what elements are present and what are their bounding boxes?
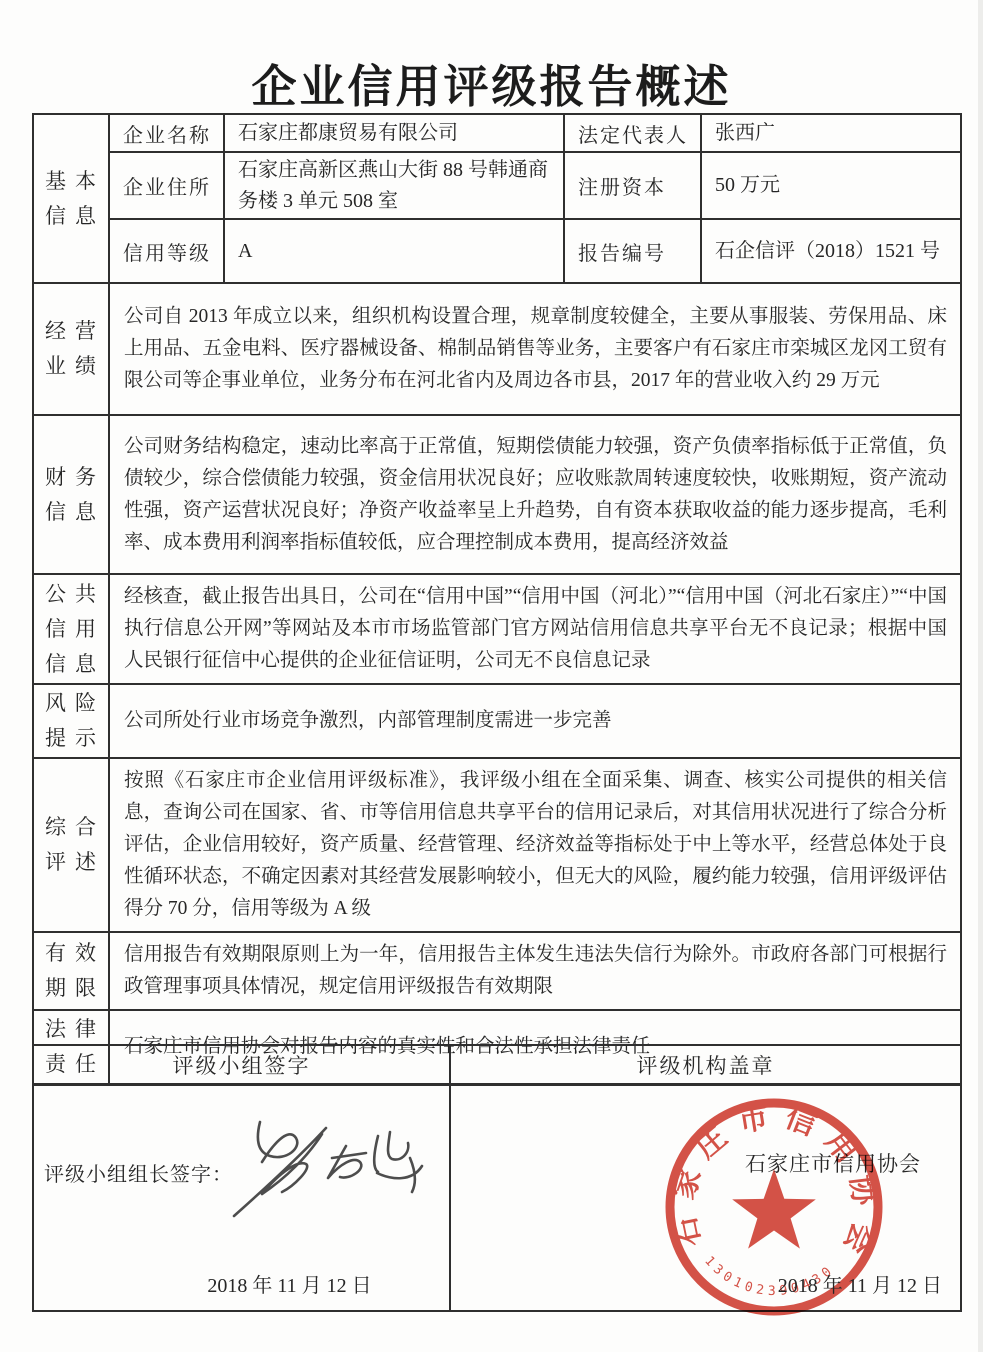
team-leader-signature-label: 评级小组组长签字：	[44, 1158, 233, 1187]
field-label-company-address: 企业住所	[109, 152, 224, 219]
table-row: 有效 期限 信用报告有效期限原则上为一年，信用报告主体发生违法失信行为除外。市政…	[33, 932, 961, 1010]
field-value-company-name: 石家庄都康贸易有限公司	[224, 114, 564, 152]
section-text-risk-warning: 公司所处行业市场竞争激烈，内部管理制度需进一步完善	[109, 684, 961, 758]
signature-date: 2018 年 11 月 12 日	[82, 1269, 497, 1298]
section-text-overall-review: 按照《石家庄市企业信用评级标准》，我评级小组在全面采集、调查、核实公司提供的相关…	[109, 758, 961, 932]
table-row: 经营 业绩 公司自 2013 年成立以来，组织机构设置合理，规章制度较健全，主要…	[33, 283, 961, 415]
report-table: 基本 信息 企业名称 石家庄都康贸易有限公司 法定代表人 张西广 企业住所 石家…	[32, 113, 962, 1085]
field-label-credit-grade: 信用等级	[109, 219, 224, 283]
table-row: 信用等级 A 报告编号 石企信评（2018）1521 号	[33, 219, 961, 283]
field-value-registered-capital: 50 万元	[701, 152, 961, 219]
footer-header-team-signature: 评级小组签字	[33, 1045, 450, 1085]
table-row: 风险 提示 公司所处行业市场竞争激烈，内部管理制度需进一步完善	[33, 684, 961, 758]
seal-star-icon	[732, 1169, 816, 1249]
handwritten-signature-image	[222, 1112, 432, 1242]
section-text-business-performance: 公司自 2013 年成立以来，组织机构设置合理，规章制度较健全，主要从事服装、劳…	[109, 283, 961, 415]
table-row: 评级小组组长签字： 2018 年 11 月 12 日 石家庄市信用协会	[33, 1085, 961, 1311]
section-text-public-credit-info: 经核查，截止报告出具日，公司在“信用中国”“信用中国（河北）”“信用中国（河北石…	[109, 574, 961, 684]
document-page: 企业信用评级报告概述 基本 信息 企业名称 石家庄都康贸易有限公司 法定代表人 …	[0, 0, 983, 1352]
table-row: 企业住所 石家庄高新区燕山大街 88 号韩通商务楼 3 单元 508 室 注册资…	[33, 152, 961, 219]
section-label-financial-info: 财务 信息	[33, 415, 109, 574]
seal-cell: 石家庄市信用协会 石家庄市信用协会 130102390430 2018	[450, 1085, 961, 1311]
table-row: 基本 信息 企业名称 石家庄都康贸易有限公司 法定代表人 张西广	[33, 114, 961, 152]
footer-header-agency-seal: 评级机构盖章	[450, 1045, 961, 1085]
section-label-validity-period: 有效 期限	[33, 932, 109, 1010]
field-value-company-address: 石家庄高新区燕山大街 88 号韩通商务楼 3 单元 508 室	[224, 152, 564, 219]
signature-cell: 评级小组组长签字： 2018 年 11 月 12 日	[33, 1085, 450, 1311]
section-text-validity-period: 信用报告有效期限原则上为一年，信用报告主体发生违法失信行为除外。市政府各部门可根…	[109, 932, 961, 1010]
page-title: 企业信用评级报告概述	[0, 50, 983, 115]
field-label-registered-capital: 注册资本	[564, 152, 701, 219]
section-label-public-credit-info: 公共 信用 信息	[33, 574, 109, 684]
field-value-report-number: 石企信评（2018）1521 号	[701, 219, 961, 283]
table-row: 公共 信用 信息 经核查，截止报告出具日，公司在“信用中国”“信用中国（河北）”…	[33, 574, 961, 684]
table-row: 综合 评述 按照《石家庄市企业信用评级标准》，我评级小组在全面采集、调查、核实公…	[33, 758, 961, 932]
table-row: 财务 信息 公司财务结构稳定，速动比率高于正常值，短期偿债能力较强，资产负债率指…	[33, 415, 961, 574]
signature-seal-table: 评级小组签字 评级机构盖章 评级小组组长签字： 2018 年 11 月 12 日…	[32, 1044, 962, 1312]
section-label-business-performance: 经营 业绩	[33, 283, 109, 415]
field-label-company-name: 企业名称	[109, 114, 224, 152]
section-label-overall-review: 综合 评述	[33, 758, 109, 932]
section-text-financial-info: 公司财务结构稳定，速动比率高于正常值，短期偿债能力较强，资产负债率指标低于正常值…	[109, 415, 961, 574]
field-value-credit-grade: A	[224, 219, 564, 283]
section-label-risk-warning: 风险 提示	[33, 684, 109, 758]
field-label-report-number: 报告编号	[564, 219, 701, 283]
field-value-legal-representative: 张西广	[701, 114, 961, 152]
seal-date: 2018 年 11 月 12 日	[778, 1269, 942, 1298]
table-row: 评级小组签字 评级机构盖章	[33, 1045, 961, 1085]
field-label-legal-representative: 法定代表人	[564, 114, 701, 152]
section-label-basic-info: 基本 信息	[33, 114, 109, 283]
